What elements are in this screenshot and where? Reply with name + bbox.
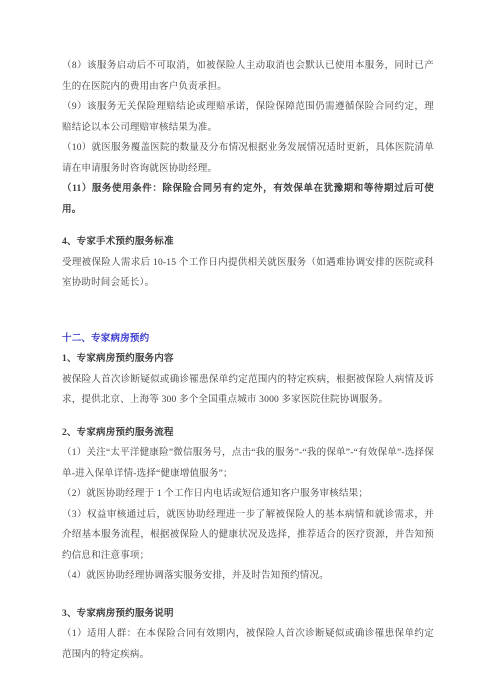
service-use-condition-paragraph: （11）服务使用条件：除保险合同另有约定外，有效保单在犹豫期和等待期过后可使用。 [62, 179, 434, 220]
ward-booking-process-heading: 2、专家病房预约服务流程 [62, 423, 434, 444]
process-step-3-paragraph: （3）权益审核通过后，就医协助经理进一步了解被保险人的基本病情和就诊需求，并介绍… [62, 505, 434, 567]
chapter-12-heading: 十二、专家病房预约 [62, 329, 434, 350]
process-step-1-paragraph: （1）关注“太平洋健康险”微信服务号，点击“我的服务”-“我的保单”-“有效保单… [62, 443, 434, 484]
ward-booking-content-heading: 1、专家病房预约服务内容 [62, 349, 434, 370]
clause-9-paragraph: （9）该服务无关保险理赔结论或理赔承诺，保险保障范围仍需遵循保险合同约定，理赔结… [62, 97, 434, 138]
clause-8-paragraph: （8）该服务启动后不可取消，如被保险人主动取消也会默认已使用本服务，同时已产生的… [62, 56, 434, 97]
applicable-people-paragraph: （1）适用人群：在本保险合同有效期内，被保险人首次诊断疑似或确诊罹患保单约定范围… [62, 624, 434, 665]
surgery-booking-standard-paragraph: 受理被保险人需求后 10-15 个工作日内提供相关就医服务（如遇难协调安排的医院… [62, 253, 434, 294]
clause-10-paragraph: （10）就医服务覆盖医院的数量及分布情况根据业务发展情况适时更新，具体医院清单请… [62, 138, 434, 179]
process-step-4-paragraph: （4）就医协助经理协调落实服务安排，并及时告知预约情况。 [62, 566, 434, 587]
surgery-booking-standard-heading: 4、专家手术预约服务标准 [62, 232, 434, 253]
ward-booking-notes-heading: 3、专家病房预约服务说明 [62, 604, 434, 625]
document-page: （8）该服务启动后不可取消，如被保险人主动取消也会默认已使用本服务，同时已产生的… [0, 0, 495, 700]
process-step-2-paragraph: （2）就医协助经理于 1 个工作日内电话或短信通知客户服务审核结果； [62, 484, 434, 505]
ward-booking-content-paragraph: 被保险人首次诊断疑似或确诊罹患保单约定范围内的特定疾病，根据被保险人病情及诉求，… [62, 370, 434, 411]
